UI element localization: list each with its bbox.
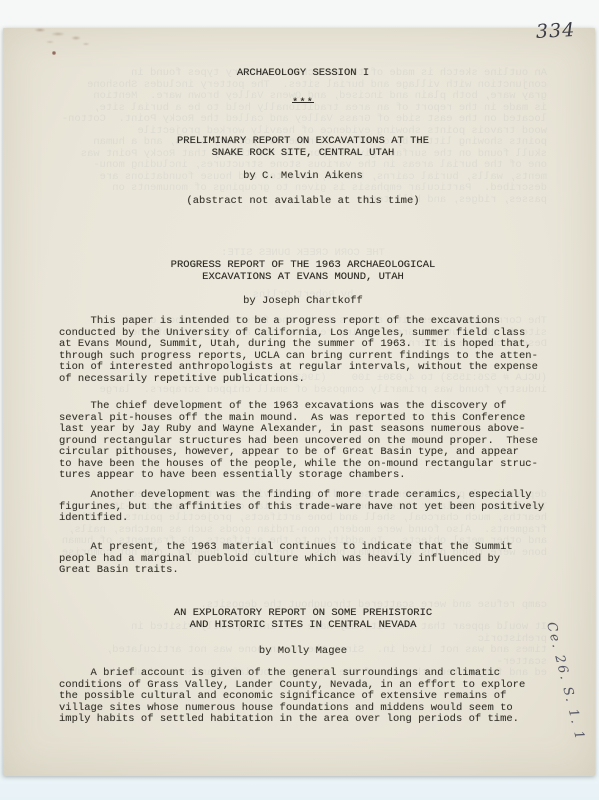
abstract-paragraph: At present, the 1963 material continues … xyxy=(59,542,547,577)
abstract-byline-aikens: by C. Melvin Aikens xyxy=(59,171,547,183)
abstract-title-evans-mound: PROGRESS REPORT OF THE 1963 ARCHAEOLOGIC… xyxy=(59,260,547,283)
abstract-title-snake-rock: PRELIMINARY REPORT ON EXCAVATIONS AT THE… xyxy=(59,136,547,159)
section-divider: *** xyxy=(59,98,547,110)
abstract-paragraph: The chief development of the 1963 excava… xyxy=(59,401,547,482)
abstract-byline-chartkoff: by Joseph Chartkoff xyxy=(59,296,547,308)
ink-spot xyxy=(52,51,56,55)
document-page: An outline sketch is made of the monochr… xyxy=(3,28,595,776)
abstract-paragraph: A brief account is given of the general … xyxy=(59,668,547,726)
abstract-unavailable-note: (abstract not available at this time) xyxy=(59,196,547,208)
abstract-byline-magee: by Molly Magee xyxy=(59,646,547,658)
abstract-paragraph: This paper is intended to be a progress … xyxy=(59,316,547,385)
abstract-title-central-nevada: AN EXPLORATORY REPORT ON SOME PREHISTORI… xyxy=(59,608,547,631)
smudge-marks xyxy=(28,22,98,56)
handwritten-page-number: 334 xyxy=(535,25,575,39)
bleedthrough-heading: THE CORN CREEK DUNES SITE: xyxy=(59,248,547,260)
session-title: ARCHAEOLOGY SESSION I xyxy=(59,68,547,80)
abstract-paragraph: Another development was the finding of m… xyxy=(59,490,547,525)
